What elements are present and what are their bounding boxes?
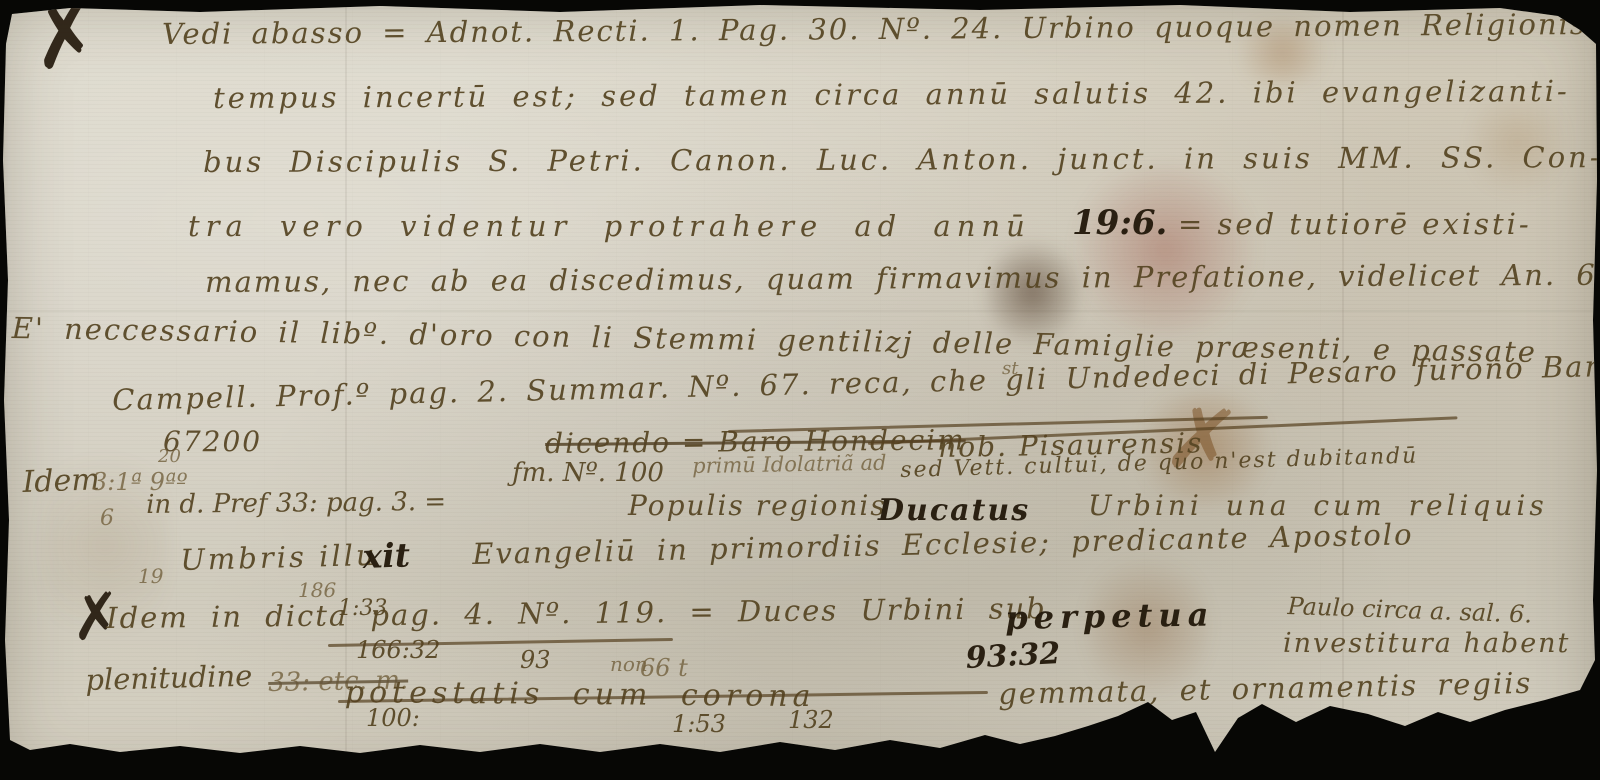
handwritten-line: Populis regionis bbox=[628, 492, 887, 520]
handwritten-line: Vedi abasso = Adnot. Recti. 1. Pag. 30. … bbox=[162, 9, 1600, 49]
handwritten-line: Evangeliū in primordiis Ecclesie; predic… bbox=[472, 520, 1414, 569]
scanner-background: ✗ ✗ ✗ Vedi abasso = Adnot. Recti. 1. Pag… bbox=[0, 0, 1600, 780]
margin-number: 186 bbox=[298, 580, 336, 600]
handwritten-line: gemmata, et ornamentis regiis bbox=[998, 669, 1533, 709]
handwritten-line: Campell. Prof.º pag. 2. Summar. Nº. 67. … bbox=[112, 351, 1600, 415]
handwritten-line: tempus incertū est; sed tamen circa annū… bbox=[213, 77, 1570, 113]
overwritten-word: xit bbox=[362, 538, 411, 573]
handwritten-line: tra vero videntur protrahere ad annū bbox=[188, 212, 1031, 241]
handwritten-line: in d. Pref 33: pag. 3. = bbox=[146, 489, 446, 518]
overwritten-word: perpetua bbox=[1005, 598, 1215, 634]
handwritten-line: plenitudine bbox=[85, 662, 253, 695]
margin-number: 100: bbox=[366, 706, 420, 730]
overwritten-number: 19:6. bbox=[1072, 206, 1167, 240]
margin-number: 1:53 bbox=[672, 712, 726, 736]
handwritten-line: ƒm. Nº. 100 bbox=[512, 460, 664, 486]
paper-crease-horizontal bbox=[0, 310, 1600, 312]
superscript-note: 20 bbox=[158, 448, 181, 466]
paper-crease-vertical bbox=[1342, 0, 1344, 780]
handwritten-line: investitura habent bbox=[1283, 630, 1570, 657]
red-ink-stain bbox=[1060, 165, 1270, 335]
overwritten-word: Ducatus bbox=[878, 496, 1030, 526]
handwritten-line: mamus, nec ab ea discedimus, quam firmav… bbox=[205, 261, 1600, 297]
handwritten-line: Urbini una cum reliquis bbox=[1088, 492, 1548, 520]
margin-number: 93 bbox=[520, 648, 551, 672]
interlinear-note: primū Idolatriã ad bbox=[692, 453, 887, 477]
handwritten-line: Idem in dicta pag. 4. Nº. 119. = Duces U… bbox=[106, 594, 1047, 633]
manuscript-page: ✗ ✗ ✗ Vedi abasso = Adnot. Recti. 1. Pag… bbox=[0, 0, 1600, 780]
handwritten-line: bus Discipulis S. Petri. Canon. Luc. Ant… bbox=[203, 143, 1600, 177]
handwritten-line: Paulo circa a. sal. 6. bbox=[1287, 594, 1532, 627]
x-mark-icon: ✗ bbox=[23, 0, 107, 83]
margin-number: 6 bbox=[100, 508, 114, 530]
interlinear-note: non bbox=[610, 654, 648, 674]
overwritten-number: 93:32 bbox=[965, 639, 1061, 674]
margin-number: 19 bbox=[138, 566, 163, 586]
superscript-note: st bbox=[1002, 360, 1018, 378]
handwritten-line: Umbris illu bbox=[180, 541, 378, 575]
handwritten-line: Idem bbox=[22, 465, 100, 498]
handwritten-line: = sed tutiorē existi- bbox=[1178, 210, 1532, 239]
margin-number: 132 bbox=[788, 708, 834, 732]
